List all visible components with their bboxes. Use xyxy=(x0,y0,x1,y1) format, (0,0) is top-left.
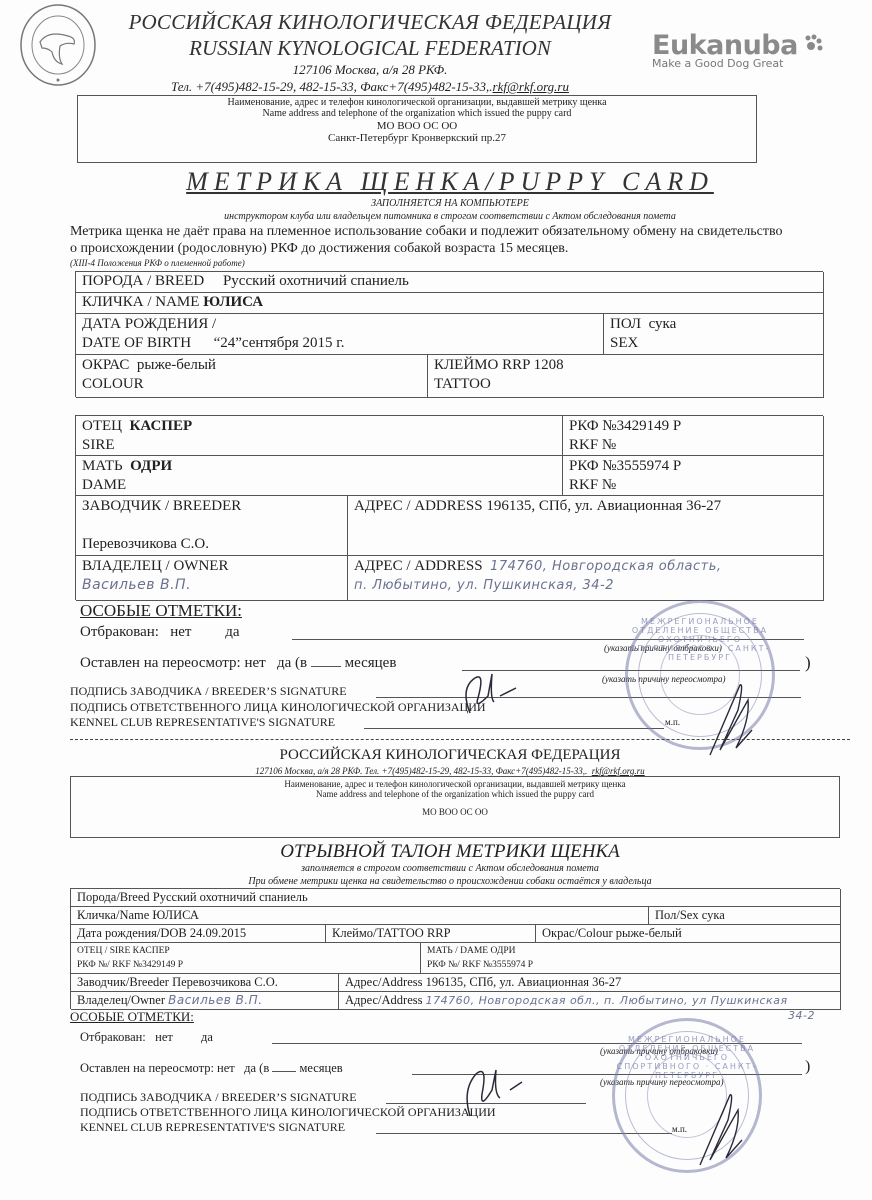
header-org-ru: РОССИЙСКАЯ КИНОЛОГИЧЕСКАЯ ФЕДЕРАЦИЯ xyxy=(100,10,640,35)
stub-rejected-yes-option[interactable]: да xyxy=(201,1030,213,1044)
stub-review-yes-option[interactable]: да (в xyxy=(244,1061,269,1075)
tattoo-label-en: TATTOO xyxy=(434,375,817,394)
stub-phone-fax: 127106 Москва, а/я 28 РКФ. Тел. +7(495)4… xyxy=(255,766,587,776)
review-months-label: месяцев xyxy=(345,655,397,671)
official-signature-label-ru: ПОДПИСЬ ОТВЕТСТВЕННОГО ЛИЦА КИНОЛОГИЧЕСК… xyxy=(70,700,486,715)
header-contacts: Тел. +7(495)482-15-29, 482-15-33, Факс+7… xyxy=(100,79,640,95)
rejected-no-option[interactable]: нет xyxy=(170,624,191,640)
stub-email-link[interactable]: rkf@rkf.org.ru xyxy=(592,766,645,776)
title-sub2: инструктором клуба или владельцем питомн… xyxy=(60,211,840,222)
sex-label-en: SEX xyxy=(610,334,817,353)
dam-rkf-en: RKF № xyxy=(569,476,817,495)
breeder-label: ЗАВОДЧИК / BREEDER xyxy=(82,497,341,516)
page-title: МЕТРИКА ЩЕНКА/PUPPY CARD xyxy=(60,167,840,197)
rkf-emblem-icon xyxy=(18,2,98,88)
stub-rejected-no-option[interactable]: нет xyxy=(155,1030,173,1044)
stub-review-months-label: месяцев xyxy=(299,1061,342,1075)
stub-issuer-label-ru: Наименование, адрес и телефон кинологиче… xyxy=(71,779,839,789)
tattoo-value: RRP 1208 xyxy=(502,357,564,373)
stub-sub2: При обмене метрики щенка на свидетельств… xyxy=(60,876,840,887)
breeder-value: Перевозчикова С.О. xyxy=(82,535,341,554)
stub-sire: ОТЕЦ / SIRE КАСПЕР xyxy=(77,944,414,958)
stub-sire-rkf: РКФ №/ RKF №3429149 Р xyxy=(77,958,414,972)
owner-address-cell: АДРЕС / ADDRESS 174760, Новгородская обл… xyxy=(348,556,824,601)
breeder-signature-scribble-icon xyxy=(430,668,520,718)
issuer-box: Наименование, адрес и телефон кинологиче… xyxy=(77,95,757,163)
breeder-address-value: 196135, СПб, ул. Авиационная 36-27 xyxy=(486,498,721,514)
sire-value: КАСПЕР xyxy=(130,418,193,434)
issuer-org-name: МО ВОО ОС ОО xyxy=(78,120,756,132)
stub-name-cell: Кличка/Name ЮЛИСА xyxy=(71,907,649,925)
marks-heading: ОСОБЫЕ ОТМЕТКИ: xyxy=(80,601,242,621)
stub-review-close-paren: ) xyxy=(805,1058,810,1076)
official-signature-line[interactable] xyxy=(364,728,664,729)
dam-rkf-ru: РКФ №3555974 Р xyxy=(569,457,817,476)
sex-value: сука xyxy=(649,316,677,332)
issuer-label-en: Name address and telephone of the organi… xyxy=(78,108,756,119)
stub-issuer-label-en: Name address and telephone of the organi… xyxy=(71,789,839,799)
parents-table: ОТЕЦ КАСПЕР SIRE РКФ №3429149 Р RKF № МА… xyxy=(75,415,823,600)
review-months-field[interactable] xyxy=(311,666,341,667)
stub-owner-value: Васильев В.П. xyxy=(168,993,262,1007)
issuer-org-address: Санкт-Петербург Кронверкский пр.27 xyxy=(78,132,756,144)
dam-rkf-cell: РКФ №3555974 Р RKF № xyxy=(563,456,824,496)
breeder-cell: ЗАВОДЧИК / BREEDER Перевозчикова С.О. xyxy=(76,496,348,556)
sire-cell: ОТЕЦ КАСПЕР SIRE xyxy=(76,416,563,456)
sire-rkf-en: RKF № xyxy=(569,436,817,455)
name-value: ЮЛИСА xyxy=(203,294,263,310)
colour-value: рыже-белый xyxy=(137,357,216,373)
dam-label-ru: МАТЬ xyxy=(82,458,123,474)
stub-sex-cell: Пол/Sex сука xyxy=(649,907,841,925)
dam-label-en: DAME xyxy=(82,476,556,495)
rejected-row: Отбракован: нет да xyxy=(80,624,240,641)
sire-label-en: SIRE xyxy=(82,436,556,455)
stub-colour-cell: Окрас/Colour рыже-белый xyxy=(536,925,841,943)
stub-review-months-field[interactable] xyxy=(272,1071,296,1072)
stub-issuer-box: Наименование, адрес и телефон кинологиче… xyxy=(70,776,840,838)
review-close-paren: ) xyxy=(805,653,811,673)
dob-label-en: DATE OF BIRTH xyxy=(82,335,191,351)
dog-info-table: ПОРОДА / BREED Русский охотничий спаниел… xyxy=(75,271,823,397)
stub-owner-label: Владелец/Owner xyxy=(77,993,165,1007)
stub-dam-cell: МАТЬ / DAME ОДРИ РКФ №/ RKF №3555974 Р xyxy=(421,943,841,974)
stub-official-signature-label-ru: ПОДПИСЬ ОТВЕТСТВЕННОГО ЛИЦА КИНОЛОГИЧЕСК… xyxy=(80,1105,496,1120)
owner-address-line2: п. Любытино, ул. Пушкинская, 34-2 xyxy=(354,576,817,595)
stub-review-row: Оставлен на переосмотр: нет да (в месяце… xyxy=(80,1061,343,1076)
stub-org-ru: РОССИЙСКАЯ КИНОЛОГИЧЕСКАЯ ФЕДЕРАЦИЯ xyxy=(60,747,840,764)
stub-dob-cell: Дата рождения/DOB 24.09.2015 xyxy=(71,925,326,943)
dam-value: ОДРИ xyxy=(130,458,172,474)
owner-label: ВЛАДЕЛЕЦ / OWNER xyxy=(82,557,341,576)
stub-owner-address-label: Адрес/Address xyxy=(345,993,422,1007)
review-no-option[interactable]: нет xyxy=(244,655,265,671)
stub-breeder-signature-scribble-icon xyxy=(440,1060,530,1120)
sponsor-tagline: Make a Good Dog Great xyxy=(652,57,824,70)
stub-official-signature-scribble-icon xyxy=(690,1090,750,1170)
stub-rejected-label: Отбракован: xyxy=(80,1030,146,1044)
sire-label-ru: ОТЕЦ xyxy=(82,418,122,434)
issuer-label-ru: Наименование, адрес и телефон кинологиче… xyxy=(78,97,756,108)
stub-owner-cell: Владелец/Owner Васильев В.П. xyxy=(71,992,339,1010)
tattoo-cell: КЛЕЙМО RRP 1208 TATTOO xyxy=(428,355,824,398)
stub-contacts: 127106 Москва, а/я 28 РКФ. Тел. +7(495)4… xyxy=(60,766,840,776)
stub-sire-cell: ОТЕЦ / SIRE КАСПЕР РКФ №/ RKF №3429149 Р xyxy=(71,943,421,974)
sire-rkf-ru: РКФ №3429149 Р xyxy=(569,417,817,436)
stub-tattoo-cell: Клеймо/TATTOO RRP xyxy=(326,925,536,943)
breeder-signature-label: ПОДПИСЬ ЗАВОДЧИКА / BREEDER’S SIGNATURE xyxy=(70,684,347,699)
rejected-yes-option[interactable]: да xyxy=(225,624,239,640)
dob-value: “24”сентября 2015 г. xyxy=(214,335,345,351)
stub-owner-address-cont: 34-2 xyxy=(788,1009,815,1022)
name-label: КЛИЧКА / NAME xyxy=(82,294,199,310)
breed-value: Русский охотничий спаниель xyxy=(223,273,409,289)
stub-rejected-row: Отбракован: нет да xyxy=(80,1030,213,1045)
sire-rkf-cell: РКФ №3429149 Р RKF № xyxy=(563,416,824,456)
colour-cell: ОКРАС рыже-белый COLOUR xyxy=(76,355,428,398)
notice-line1: Метрика щенка не даёт права на племенное… xyxy=(70,224,782,240)
stub-owner-address-cell: Адрес/Address 174760, Новгородская обл.,… xyxy=(339,992,841,1010)
stamp-text: МЕЖРЕГИОНАЛЬНОЕ ОТДЕЛЕНИЕ ОБЩЕСТВА ОХОТН… xyxy=(628,617,772,662)
stub-breeder-address-cell: Адрес/Address 196135, СПб, ул. Авиационн… xyxy=(339,974,841,992)
stub-breeder-cell: Заводчик/Breeder Перевозчикова С.О. xyxy=(71,974,339,992)
rkf-emblem xyxy=(18,2,98,88)
stub-owner-address-value: 174760, Новгородская обл., п. Любытино, … xyxy=(426,994,788,1007)
dob-label-ru: ДАТА РОЖДЕНИЯ / xyxy=(82,315,597,334)
header-org-en: RUSSIAN KYNOLOGICAL FEDERATION xyxy=(100,36,640,61)
official-signature-label-en: KENNEL CLUB REPRESENTATIVE'S SIGNATURE xyxy=(70,715,335,730)
stub-breed-cell: Порода/Breed Русский охотничий спаниель xyxy=(71,889,841,907)
colour-label-ru: ОКРАС xyxy=(82,357,129,373)
stub-table: Порода/Breed Русский охотничий спаниель … xyxy=(70,888,840,1009)
header-email-link[interactable]: rkf@rkf.org.ru xyxy=(493,79,569,94)
eukanuba-logo: Eukanuba Make a Good Dog Great xyxy=(652,30,824,70)
owner-value: Васильев В.П. xyxy=(82,576,341,595)
paw-icon xyxy=(802,34,824,61)
breed-label: ПОРОДА / BREED xyxy=(82,273,204,289)
stub-marks-heading: ОСОБЫЕ ОТМЕТКИ: xyxy=(70,1009,194,1025)
title-sub1: ЗАПОЛНЯЕТСЯ НА КОМПЬЮТЕРЕ xyxy=(60,198,840,209)
owner-address-label: АДРЕС / ADDRESS xyxy=(354,558,483,574)
dam-cell: МАТЬ ОДРИ DAME xyxy=(76,456,563,496)
stub-stamp-text: МЕЖРЕГИОНАЛЬНОЕ ОТДЕЛЕНИЕ ОБЩЕСТВА ОХОТН… xyxy=(615,1035,759,1080)
sex-cell: ПОЛ сука SEX xyxy=(604,314,824,355)
breed-row: ПОРОДА / BREED Русский охотничий спаниел… xyxy=(76,272,824,293)
stub-official-signature-label-en: KENNEL CLUB REPRESENTATIVE'S SIGNATURE xyxy=(80,1120,345,1135)
stub-dam-rkf: РКФ №/ RKF №3555974 Р xyxy=(427,958,834,972)
notice-reference: (XIII-4 Положения РКФ о племенной работе… xyxy=(70,258,245,268)
header-address: 127106 Москва, а/я 28 РКФ. xyxy=(100,62,640,78)
tear-off-line xyxy=(70,739,850,740)
breeder-address-cell: АДРЕС / ADDRESS 196135, СПб, ул. Авиацио… xyxy=(348,496,824,556)
review-yes-option[interactable]: да (в xyxy=(277,655,307,671)
stub-issuer-name: МО ВОО ОС ОО xyxy=(71,807,839,817)
owner-address-line1: 174760, Новгородская область, xyxy=(490,559,721,574)
review-label: Оставлен на переосмотр: xyxy=(80,655,241,671)
stub-review-label: Оставлен на переосмотр: нет xyxy=(80,1061,235,1075)
rejected-label: Отбракован: xyxy=(80,624,159,640)
notice-line2: о происхождении (родословную) РКФ до дос… xyxy=(70,241,568,257)
sex-label-ru: ПОЛ xyxy=(610,316,641,332)
review-row: Оставлен на переосмотр: нет да (в месяце… xyxy=(80,655,396,672)
breeder-address-label: АДРЕС / ADDRESS xyxy=(354,498,483,514)
stub-sub1: заполняется в строгом соответствии с Акт… xyxy=(60,863,840,874)
stub-title: ОТРЫВНОЙ ТАЛОН МЕТРИКИ ЩЕНКА xyxy=(60,841,840,863)
owner-cell: ВЛАДЕЛЕЦ / OWNER Васильев В.П. xyxy=(76,556,348,601)
colour-label-en: COLOUR xyxy=(82,375,421,394)
stub-breeder-signature-label: ПОДПИСЬ ЗАВОДЧИКА / BREEDER’S SIGNATURE xyxy=(80,1090,357,1105)
stub-dam: МАТЬ / DAME ОДРИ xyxy=(427,944,834,958)
dob-cell: ДАТА РОЖДЕНИЯ / DATE OF BIRTH “24”сентяб… xyxy=(76,314,604,355)
name-row: КЛИЧКА / NAME ЮЛИСА xyxy=(76,293,824,314)
tattoo-label-ru: КЛЕЙМО xyxy=(434,357,498,373)
header-phone-fax: Тел. +7(495)482-15-29, 482-15-33, Факс+7… xyxy=(171,79,493,94)
